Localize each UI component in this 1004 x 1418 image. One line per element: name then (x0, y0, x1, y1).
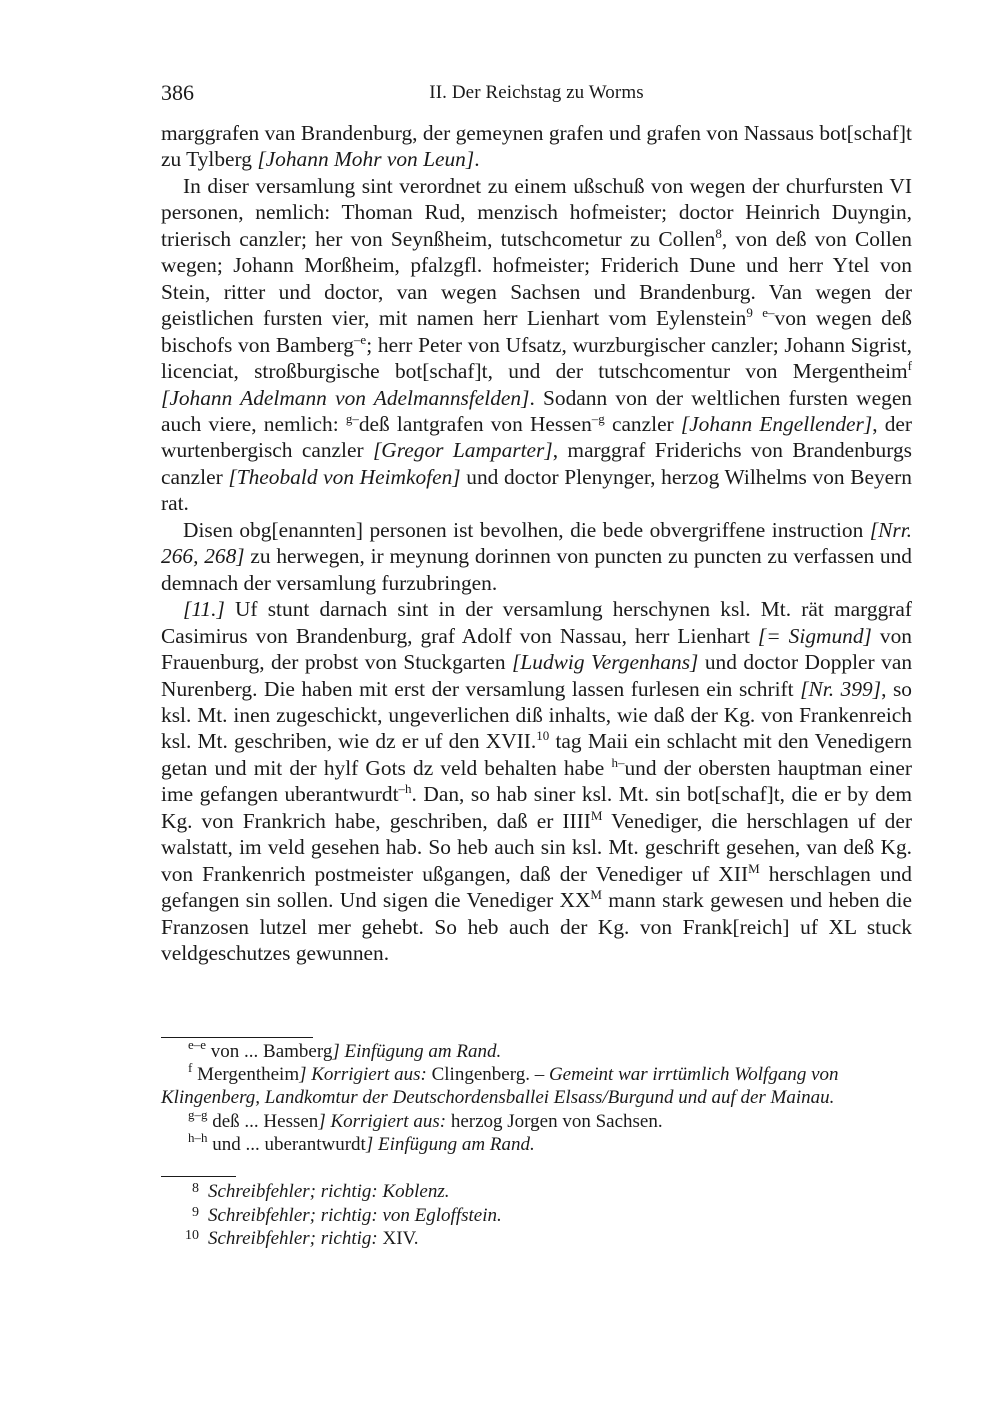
editorial-identification: [Gregor Lamparter] (373, 438, 553, 462)
editorial-identification: [Johann Engellender] (681, 412, 872, 436)
note-text: ] Korrigiert aus: (318, 1111, 446, 1132)
apparatus-mark-e-close[interactable]: –e (354, 332, 366, 347)
lemma: und ... uberantwurdt (208, 1134, 366, 1155)
footnote-text: Schreibfehler; richtig: Koblenz. (208, 1181, 450, 1202)
footnote-9: 9 Schreibfehler; richtig: von Egloffstei… (161, 1204, 912, 1228)
apparatus-mark-h-close[interactable]: –h (399, 781, 412, 796)
document-page: 386 II. Der Reichstag zu Worms marggrafe… (0, 0, 1004, 1418)
text-run: . (474, 147, 479, 171)
apparatus-mark-f[interactable]: f (908, 358, 912, 373)
note-text: ] Einfügung am Rand. (332, 1041, 501, 1062)
footnotes: 8 Schreibfehler; richtig: Koblenz. 9 Sch… (161, 1180, 912, 1251)
footnote-number: 10 (161, 1224, 208, 1248)
apparatus-mark-g-open[interactable]: g– (346, 411, 359, 426)
lemma: von ... Bamberg (206, 1041, 332, 1062)
apparatus-mark-g-close[interactable]: –g (592, 411, 605, 426)
editorial-identification: [Theobald von Heimkofen] (228, 465, 460, 489)
roman-thousand-mark: M (748, 861, 760, 876)
paragraph-2: In diser versamlung sint verordnet zu ei… (161, 173, 912, 517)
apparatus-mark-h-open[interactable]: h– (611, 755, 624, 770)
lemma: Mergentheim (192, 1064, 299, 1085)
paragraph-3: Disen obg[enannten] personen ist bevolhe… (161, 517, 912, 596)
footnote-number: 9 (161, 1201, 208, 1225)
text-run: deß lantgrafen von Hessen (359, 412, 592, 436)
note-text: ] Korrigiert aus: (299, 1064, 427, 1085)
text-run: Disen obg[enannten] personen ist bevolhe… (183, 518, 870, 542)
footnote-number: 8 (161, 1177, 208, 1201)
cross-reference: [Nr. 399] (800, 677, 881, 701)
note-text: Clingenberg. – (427, 1064, 549, 1085)
apparatus-mark: g–g (188, 1107, 208, 1122)
footnote-10: 10 Schreibfehler; richtig: XIV. (161, 1227, 912, 1251)
note-text: ] Einfügung am Rand. (366, 1134, 535, 1155)
text-run: canzler (605, 412, 681, 436)
editorial-identification: [Johann Mohr von Leun] (257, 147, 474, 171)
apparatus-note-g: g–g deß ... Hessen] Korrigiert aus: herz… (161, 1110, 912, 1133)
text-run: zu herwegen, ir meynung dorinnen von pun… (161, 544, 912, 594)
apparatus-mark: h–h (188, 1130, 208, 1145)
roman-thousand-mark: M (591, 808, 603, 823)
footnote-ref-10[interactable]: 10 (536, 728, 549, 743)
editorial-identification: [= Sigmund] (758, 624, 872, 648)
apparatus-note-h: h–h und ... uberantwurdt] Einfügung am R… (161, 1133, 912, 1156)
editorial-identification: [Ludwig Vergenhans] (512, 650, 698, 674)
apparatus-mark-e-open[interactable]: e– (762, 305, 774, 320)
apparatus-note-f: f Mergentheim] Korrigiert aus: Clingenbe… (161, 1063, 912, 1109)
footnote-text: Schreibfehler; richtig: von Egloffstein. (208, 1205, 502, 1226)
apparatus-mark: e–e (188, 1037, 206, 1052)
apparatus-divider (161, 1037, 313, 1038)
footnote-text: Schreibfehler; richtig: (208, 1228, 378, 1249)
main-text: marggrafen van Brandenburg, der gemeynen… (161, 120, 912, 967)
paragraph-4: [11.] Uf stunt darnach sint in der versa… (161, 596, 912, 966)
note-text: herzog Jorgen von Sachsen. (446, 1111, 663, 1132)
editorial-identification: [Johann Adelmann von Adelmannsfelden] (161, 386, 529, 410)
footnote-ref-9[interactable]: 9 (746, 305, 753, 320)
section-number: [11.] (183, 597, 225, 621)
lemma: deß ... Hessen (208, 1111, 319, 1132)
critical-apparatus: e–e von ... Bamberg] Einfügung am Rand. … (161, 1040, 912, 1156)
footnote-8: 8 Schreibfehler; richtig: Koblenz. (161, 1180, 912, 1204)
running-header: 386 II. Der Reichstag zu Worms (161, 80, 912, 110)
paragraph-1: marggrafen van Brandenburg, der gemeynen… (161, 120, 912, 173)
apparatus-note-e: e–e von ... Bamberg] Einfügung am Rand. (161, 1040, 912, 1063)
roman-thousand-mark: M (590, 887, 602, 902)
footnote-text: XIV. (378, 1228, 419, 1249)
running-title: II. Der Reichstag zu Worms (161, 82, 912, 104)
